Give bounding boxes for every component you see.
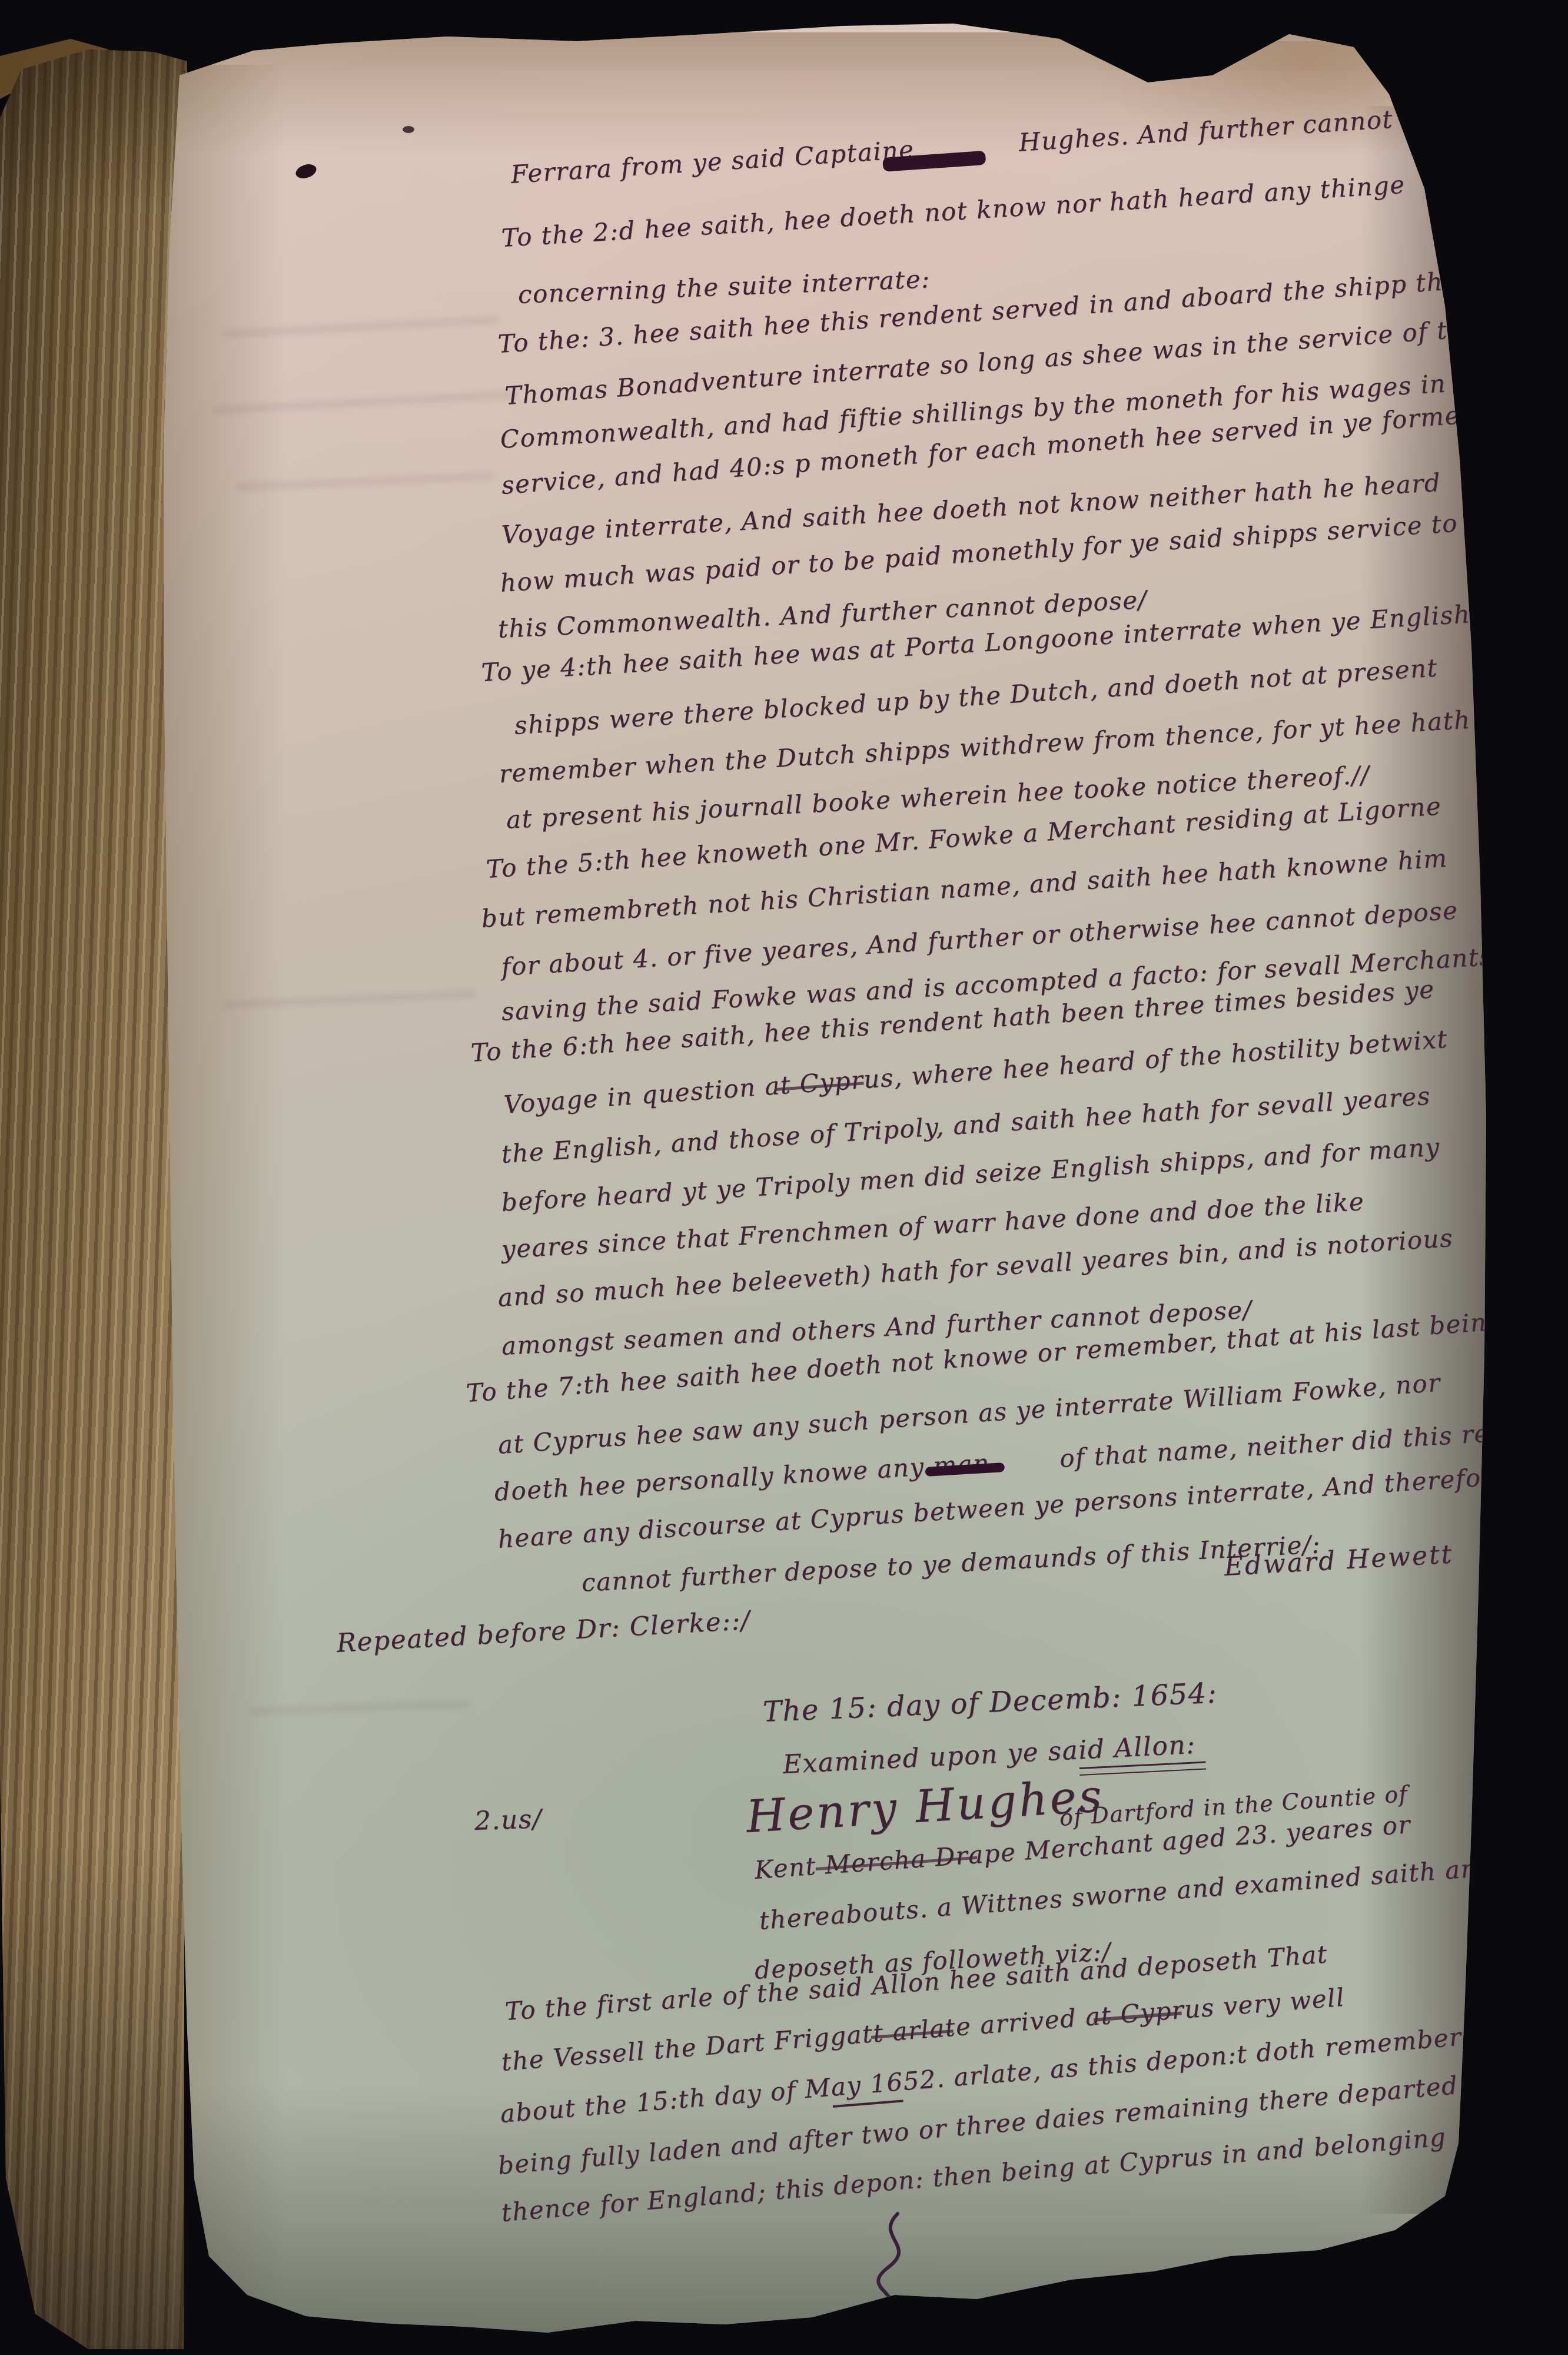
session-date-line: The 15: day of Decemb: 1654: [762,1677,1218,1730]
show-through-text [224,990,477,1009]
catchword-flourish-icon [842,2209,942,2321]
show-through-text [235,472,494,492]
ink-blot-small [403,126,414,133]
manuscript-page: Ferrara from ye said Captaine Hughes. An… [0,0,1568,2355]
manuscript-line: To the 2:d hee saith, hee doeth not know… [501,170,1406,254]
show-through-text [212,390,518,414]
examined-upon-line: Examined upon ye said Allon: [782,1730,1197,1781]
repeated-before-note: Repeated before Dr: Clerke::/ [336,1606,752,1660]
margin-number-note: 2.us/ [474,1804,543,1837]
show-through-text [224,315,500,339]
ink-blot [294,162,318,181]
manuscript-line: concerning the suite interrate: [517,264,931,310]
show-through-text [247,1700,471,1716]
manuscript-photo: Ferrara from ye said Captaine Hughes. An… [0,0,1568,2355]
